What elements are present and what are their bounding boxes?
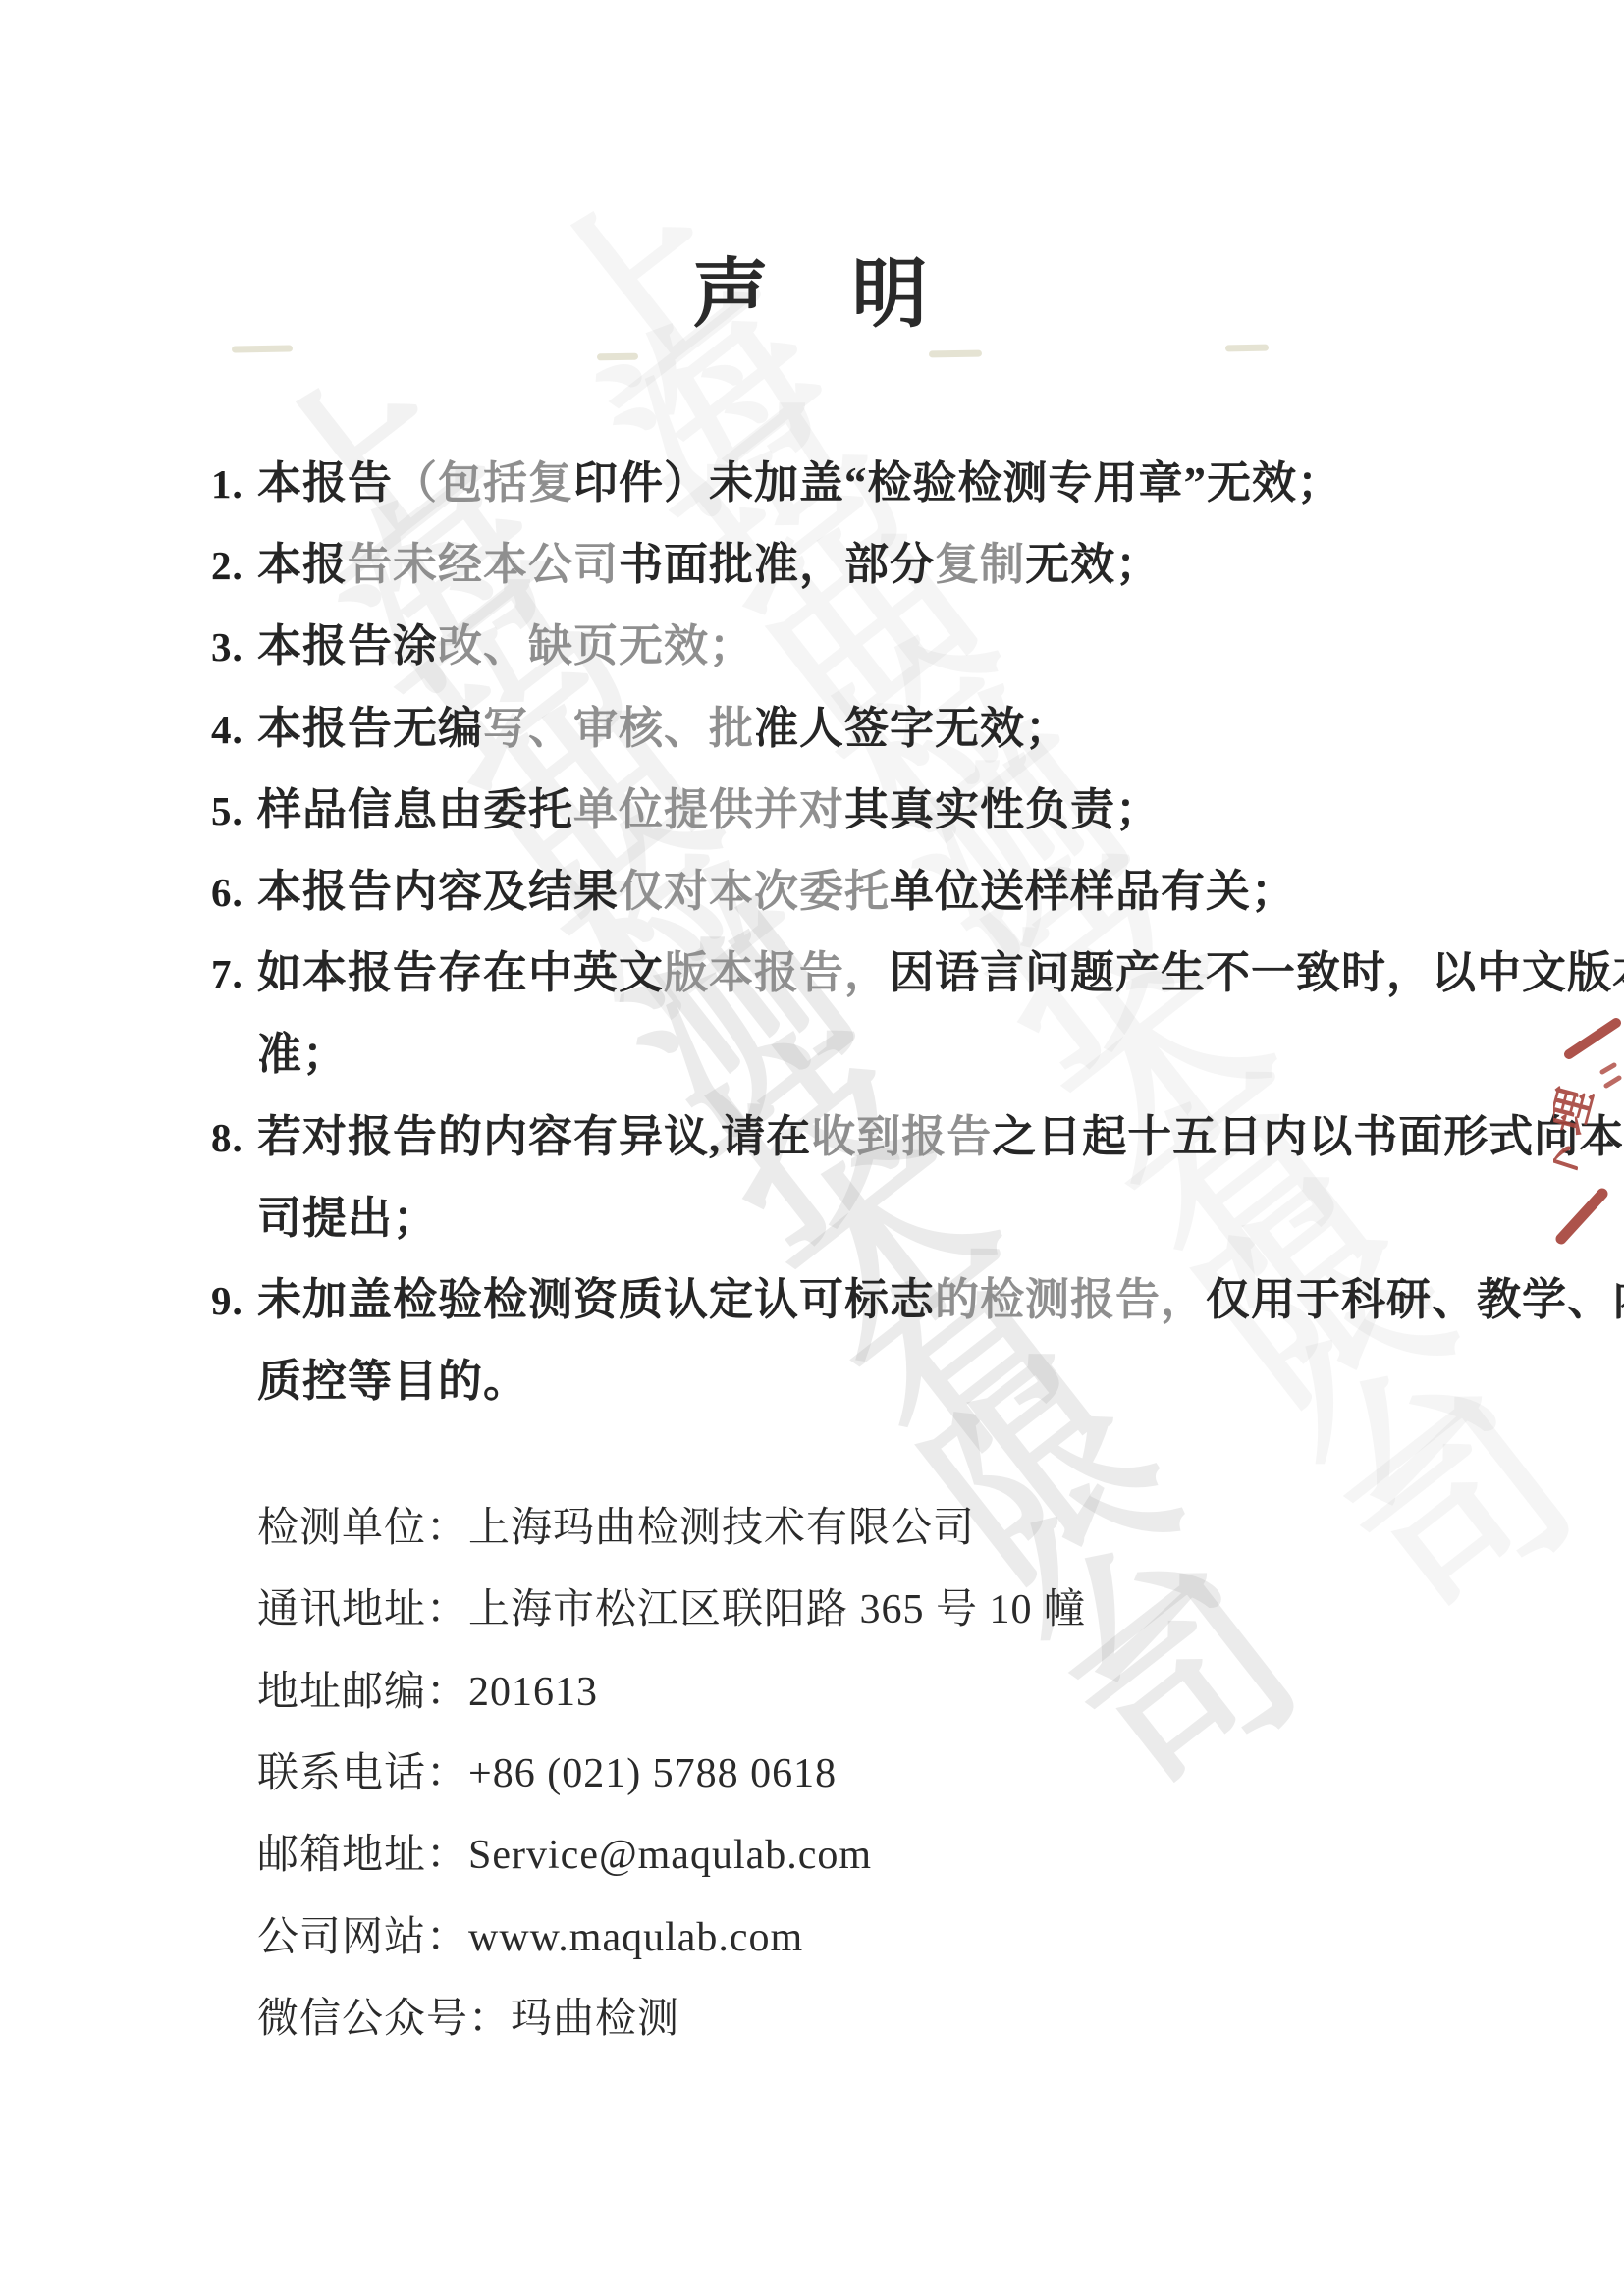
statement-number: 4.	[211, 706, 257, 753]
statement-item: 6.本报告内容及结果仅对本次委托单位送样样品有关；	[211, 855, 1296, 919]
contact-label: 通讯地址：	[257, 1587, 468, 1632]
statement-item: 7.如本报告存在中英文版本报告，因语言问题产生不一致时，以中文版本为	[211, 936, 1624, 1000]
contact-line: 联系电话：+86 (021) 5788 0618	[257, 1740, 837, 1799]
scan-smudge	[232, 345, 293, 352]
statement-item: 9.未加盖检验检测资质认定认可标志的检测报告，仅用于科研、教学、内部	[211, 1263, 1624, 1327]
scan-smudge	[1225, 345, 1269, 352]
statement-text: 单位送样样品有关；	[890, 867, 1296, 916]
statement-item: 5.样品信息由委托单位提供并对其真实性负责；	[211, 774, 1161, 837]
contact-value: 玛曲检测	[511, 1997, 679, 2042]
statement-text: 仅用于科研、教学、内部	[1206, 1275, 1624, 1324]
statement-number: 7.	[211, 950, 257, 997]
statement-item: 2.本报告未经本公司书面批准，部分复制无效；	[211, 528, 1161, 592]
statement-text: 收到报告	[811, 1112, 992, 1161]
watermark-character: 司	[1328, 1378, 1604, 1654]
red-seal-fragment: 理 卜	[1553, 1011, 1624, 1266]
statement-text: 无效；	[1025, 540, 1161, 589]
statement-text: 单位提供并对	[573, 785, 844, 834]
statement-text: 样品信息由委托	[257, 785, 573, 834]
contact-label: 联系电话：	[257, 1751, 468, 1796]
statement-text: 其真实性负责；	[844, 785, 1161, 834]
svg-text:理: 理	[1553, 1083, 1602, 1140]
statement-text: 印件）未加盖“检验检测专用章”无效；	[573, 458, 1342, 507]
contact-value: 上海市松江区联阳路 365 号 10 幢	[468, 1587, 1086, 1632]
statement-number: 5.	[211, 787, 257, 834]
statement-text: 的检测报告，	[935, 1275, 1206, 1324]
statement-text: 若对报告的内容有异议,请在	[257, 1112, 811, 1161]
page-title: 声 明	[0, 234, 1624, 343]
statement-text: 复制	[935, 540, 1025, 589]
statement-number: 2.	[211, 542, 257, 589]
statement-text: 本报告涂	[257, 621, 438, 670]
contact-value: 201613	[468, 1670, 598, 1715]
statement-number: 1.	[211, 460, 257, 507]
contact-label: 邮箱地址：	[257, 1833, 468, 1878]
watermark-character: 司	[1054, 1555, 1329, 1831]
svg-text:卜: 卜	[1553, 1136, 1590, 1187]
statement-item: 3.本报告涂改、缺页无效；	[211, 610, 754, 673]
contact-label: 公司网站：	[257, 1915, 468, 1960]
statement-text: 准人签字无效；	[754, 704, 1070, 753]
statement-item: 8.若对报告的内容有异议,请在收到报告之日起十五日内以书面形式向本公	[211, 1100, 1624, 1164]
contact-value: www.maqulab.com	[468, 1915, 803, 1960]
contact-line: 地址邮编：201613	[257, 1659, 598, 1718]
contact-label: 检测单位：	[257, 1506, 468, 1551]
statement-text: 仅对本次委托	[619, 867, 890, 916]
contact-line: 公司网站：www.maqulab.com	[257, 1904, 803, 1963]
statement-text: 本报告内容及结果	[257, 867, 619, 916]
declaration-page: 上海玛曲检测技术有限公司上海玛曲检测技术有限公司 声 明 1.本报告（包括复印件…	[0, 0, 1624, 2296]
statement-text: 告未经本公司	[348, 540, 619, 589]
statement-text: 之日起十五日内以书面形式向本公	[992, 1112, 1624, 1161]
statement-item: 1.本报告（包括复印件）未加盖“检验检测专用章”无效；	[211, 447, 1342, 510]
statement-text: 本报告	[257, 458, 393, 507]
contact-label: 微信公众号：	[257, 1997, 511, 2042]
contact-value: +86 (021) 5788 0618	[468, 1751, 837, 1796]
statement-text: 司提出；	[257, 1194, 438, 1243]
contact-value: Service@maqulab.com	[468, 1833, 872, 1878]
statement-line-continuation: 质控等目的。	[257, 1345, 528, 1409]
contact-line: 邮箱地址：Service@maqulab.com	[257, 1822, 872, 1881]
statement-number: 8.	[211, 1114, 257, 1161]
statement-text: 改、缺页无效；	[438, 621, 754, 670]
statement-item: 4.本报告无编写、审核、批准人签字无效；	[211, 692, 1070, 756]
watermark-character: 限	[904, 1333, 1180, 1609]
statement-text: 本报	[257, 540, 348, 589]
statement-text: 写、审核、批	[483, 704, 754, 753]
contact-label: 地址邮编：	[257, 1670, 468, 1715]
statement-number: 6.	[211, 869, 257, 916]
statement-text: 本报告无编	[257, 704, 483, 753]
statement-text: 质控等目的。	[257, 1357, 528, 1406]
red-seal-strokes: 理 卜	[1553, 1011, 1624, 1266]
statement-text: 书面批准，部分	[619, 540, 935, 589]
statement-text: 因语言问题产生不一致时，以中文版本为	[890, 948, 1624, 997]
statement-text: （包括复	[393, 458, 573, 507]
statement-text: 版本报告，	[664, 948, 890, 997]
scan-smudge	[597, 353, 638, 361]
contact-line: 检测单位：上海玛曲检测技术有限公司	[257, 1495, 975, 1554]
contact-value: 上海玛曲检测技术有限公司	[468, 1506, 975, 1551]
statement-line-continuation: 司提出；	[257, 1182, 438, 1246]
statement-number: 9.	[211, 1277, 257, 1324]
scan-smudge	[929, 350, 982, 358]
statement-number: 3.	[211, 623, 257, 670]
statement-text: 准；	[257, 1030, 348, 1079]
statement-text: 未加盖检验检测资质认定认可标志	[257, 1275, 935, 1324]
statement-text: 如本报告存在中英文	[257, 948, 664, 997]
contact-line: 通讯地址：上海市松江区联阳路 365 号 10 幢	[257, 1576, 1086, 1635]
contact-line: 微信公众号：玛曲检测	[257, 1986, 679, 2045]
statement-line-continuation: 准；	[257, 1018, 348, 1082]
